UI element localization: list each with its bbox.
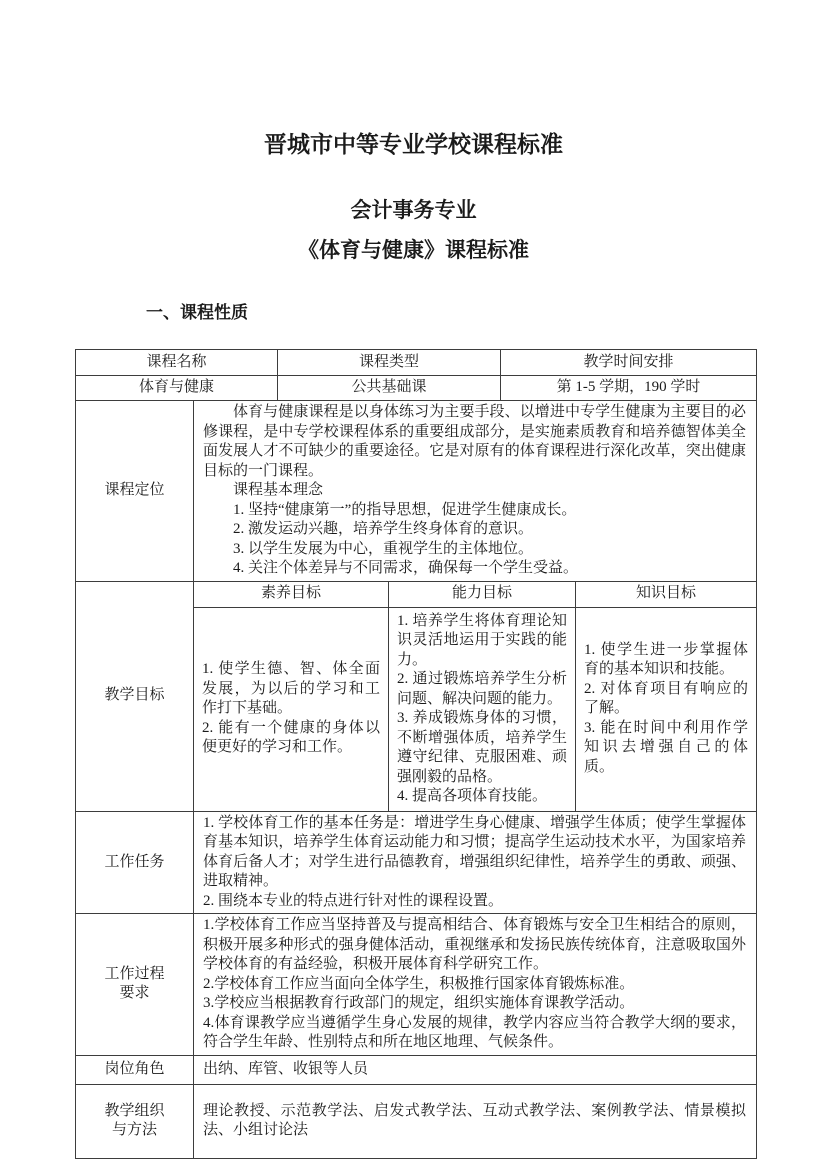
post-roles-content: 出纳、库管、收银等人员: [194, 1056, 757, 1085]
objective-item: 2. 通过锻炼培养学生分析问题、解决问题的能力。: [397, 670, 567, 709]
objective-item: 3. 养成锻炼身体的习惯，不断增强体质，培养学生遵守纪律、克服困难、顽强刚毅的品…: [397, 709, 567, 787]
objectives-header-ability: 能力目标: [389, 582, 576, 608]
teaching-methods-row: 教学组织 与方法 理论教授、示范教学法、启发式教学法、互动式教学法、案例教学法、…: [76, 1085, 757, 1159]
task-item: 1. 学校体育工作的基本任务是：增进学生身心健康、增强学生体质；使学生掌握体育基…: [203, 814, 746, 892]
concept-item: 3. 以学生发展为中心，重视学生的主体地位。: [203, 540, 746, 560]
header-schedule: 教学时间安排: [501, 350, 757, 376]
objectives-ability-content: 1. 培养学生将体育理论知识灵活地运用于实践的能力。 2. 通过锻炼培养学生分析…: [389, 608, 576, 812]
concept-item: 1. 坚持“健康第一”的指导思想，促进学生健康成长。: [203, 501, 746, 521]
header-course-name: 课程名称: [76, 350, 278, 376]
concept-item: 4. 关注个体差异与不同需求，确保每一个学生受益。: [203, 559, 746, 579]
work-process-row: 工作过程 要求 1.学校体育工作应当坚持普及与提高相结合、体育锻炼与安全卫生相结…: [76, 914, 757, 1056]
teaching-methods-label: 教学组织 与方法: [76, 1085, 194, 1159]
objective-item: 1. 使学生德、智、体全面发展，为以后的学习和工作打下基础。: [202, 660, 380, 719]
section-heading: 一、课程性质: [146, 303, 827, 323]
value-course-type: 公共基础课: [278, 376, 501, 401]
objective-item: 3. 能在时间中利用作学知识去增强自己的体质。: [584, 719, 748, 778]
post-roles-label: 岗位角色: [76, 1056, 194, 1085]
objective-item: 2. 能有一个健康的身体以便更好的学习和工作。: [202, 719, 380, 758]
value-course-name: 体育与健康: [76, 376, 278, 401]
task-item: 2. 围绕本专业的特点进行针对性的课程设置。: [203, 892, 746, 912]
objectives-knowledge-content: 1. 使学生进一步掌握体育的基本知识和技能。 2. 对体育项目有响应的了解。 3…: [576, 608, 757, 812]
concept-title: 课程基本理念: [203, 481, 746, 501]
objectives-quality-content: 1. 使学生德、智、体全面发展，为以后的学习和工作打下基础。 2. 能有一个健康…: [194, 608, 389, 812]
document-title: 晋城市中等专业学校课程标准: [0, 130, 827, 158]
objectives-subtable: 素养目标 能力目标 知识目标 1. 使学生德、智、体全面发展，为以后的学习和工作…: [194, 582, 757, 812]
table-info-row: 体育与健康 公共基础课 第 1-5 学期，190 学时: [76, 376, 757, 401]
process-item: 4.体育课教学应当遵循学生身心发展的规律，教学内容应当符合教学大纲的要求，符合学…: [203, 1014, 746, 1053]
work-tasks-content: 1. 学校体育工作的基本任务是：增进学生身心健康、增强学生体质；使学生掌握体育基…: [194, 812, 757, 915]
objective-item: 1. 培养学生将体育理论知识灵活地运用于实践的能力。: [397, 612, 567, 671]
concept-item: 2. 激发运动兴趣，培养学生终身体育的意识。: [203, 520, 746, 540]
work-tasks-label: 工作任务: [76, 812, 194, 915]
teaching-methods-content: 理论教授、示范教学法、启发式教学法、互动式教学法、案例教学法、情景模拟法、小组讨…: [194, 1085, 757, 1159]
course-positioning-content: 体育与健康课程是以身体练习为主要手段、以增进中专学生健康为主要目的必修课程，是中…: [194, 401, 757, 582]
positioning-intro: 体育与健康课程是以身体练习为主要手段、以增进中专学生健康为主要目的必修课程，是中…: [203, 403, 746, 481]
work-process-label-line: 要求: [119, 984, 149, 1004]
teaching-methods-label-line: 教学组织: [104, 1102, 164, 1122]
teaching-methods-label-line: 与方法: [112, 1121, 157, 1141]
major-title: 会计事务专业: [0, 198, 827, 223]
objective-item: 4. 提高各项体育技能。: [397, 787, 567, 807]
course-positioning-label: 课程定位: [76, 401, 194, 582]
table-header-row: 课程名称 课程类型 教学时间安排: [76, 350, 757, 376]
course-standard-title: 《体育与健康》课程标准: [0, 238, 827, 263]
teaching-methods-text: 理论教授、示范教学法、启发式教学法、互动式教学法、案例教学法、情景模拟法、小组讨…: [203, 1102, 746, 1141]
work-process-label-line: 工作过程: [104, 965, 164, 985]
process-item: 3.学校应当根据教育行政部门的规定，组织实施体育课教学活动。: [203, 994, 746, 1014]
objectives-header-quality: 素养目标: [194, 582, 389, 608]
work-tasks-row: 工作任务 1. 学校体育工作的基本任务是：增进学生身心健康、增强学生体质；使学生…: [76, 812, 757, 915]
document-page: 晋城市中等专业学校课程标准 会计事务专业 《体育与健康》课程标准 一、课程性质 …: [0, 0, 827, 1170]
objective-item: 2. 对体育项目有响应的了解。: [584, 680, 748, 719]
value-schedule: 第 1-5 学期，190 学时: [501, 376, 757, 401]
work-process-content: 1.学校体育工作应当坚持普及与提高相结合、体育锻炼与安全卫生相结合的原则，积极开…: [194, 914, 757, 1056]
process-item: 2.学校体育工作应当面向全体学生，积极推行国家体育锻炼标准。: [203, 975, 746, 995]
course-positioning-row: 课程定位 体育与健康课程是以身体练习为主要手段、以增进中专学生健康为主要目的必修…: [76, 401, 757, 582]
objective-item: 1. 使学生进一步掌握体育的基本知识和技能。: [584, 641, 748, 680]
header-course-type: 课程类型: [278, 350, 501, 376]
process-item: 1.学校体育工作应当坚持普及与提高相结合、体育锻炼与安全卫生相结合的原则，积极开…: [203, 916, 746, 975]
teaching-objectives-label: 教学目标: [76, 582, 194, 812]
teaching-objectives-row: 教学目标 素养目标 能力目标 知识目标 1. 使学生德、智、体全面发展，为以后的…: [76, 582, 757, 812]
work-process-label: 工作过程 要求: [76, 914, 194, 1056]
course-nature-table: 课程名称 课程类型 教学时间安排 体育与健康 公共基础课 第 1-5 学期，19…: [75, 349, 757, 1159]
post-roles-row: 岗位角色 出纳、库管、收银等人员: [76, 1056, 757, 1085]
objectives-header-knowledge: 知识目标: [576, 582, 757, 608]
